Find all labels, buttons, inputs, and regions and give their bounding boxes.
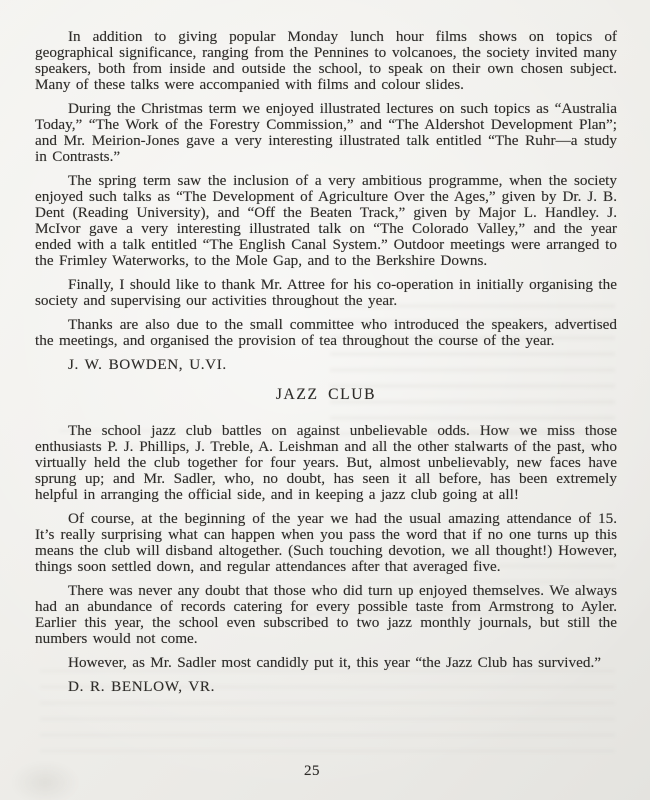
page-number: 25: [0, 763, 637, 779]
signature-benlow: D. R. BENLOW, VR.: [35, 679, 617, 695]
society-paragraph: The spring term saw the inclusion of a v…: [35, 173, 617, 269]
society-paragraph: In addition to giving popular Monday lun…: [35, 29, 617, 93]
society-paragraph: Finally, I should like to thank Mr. Attr…: [35, 277, 617, 309]
jazz-paragraph: The school jazz club battles on against …: [35, 423, 617, 503]
scanned-page: In addition to giving popular Monday lun…: [0, 0, 650, 800]
jazz-paragraph: There was never any doubt that those who…: [35, 583, 617, 647]
society-report-section: In addition to giving popular Monday lun…: [35, 29, 617, 373]
society-paragraph: During the Christmas term we enjoyed ill…: [35, 101, 617, 165]
society-paragraph: Thanks are also due to the small committ…: [35, 317, 617, 349]
jazz-paragraph: However, as Mr. Sadler most candidly put…: [35, 655, 617, 671]
jazz-paragraph: Of course, at the beginning of the year …: [35, 511, 617, 575]
jazz-club-section: JAZZ CLUB The school jazz club battles o…: [35, 387, 617, 695]
signature-bowden: J. W. BOWDEN, U.VI.: [35, 357, 617, 373]
jazz-club-heading: JAZZ CLUB: [35, 387, 617, 403]
